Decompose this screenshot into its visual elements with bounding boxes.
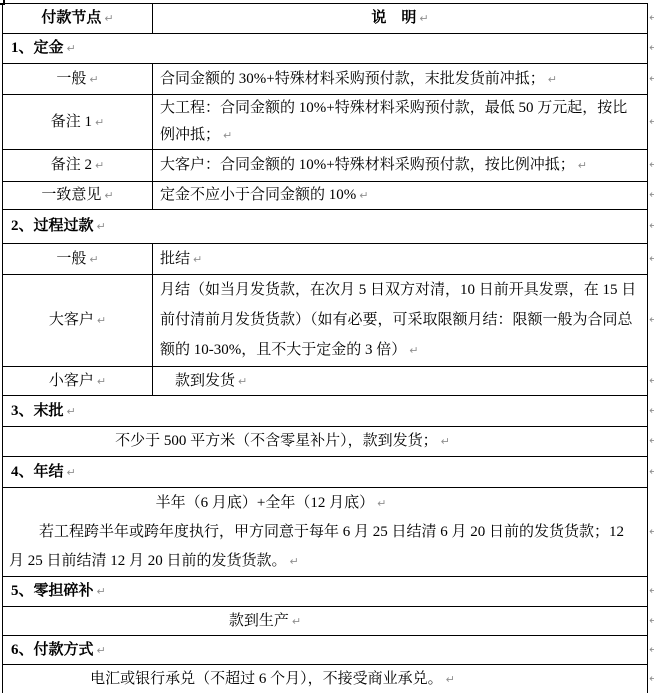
- row-ltl-patch-desc: 款到生产↵: [3, 607, 648, 636]
- paragraph-mark: ↵: [223, 122, 232, 149]
- year-end-paragraph: 若工程跨半年或跨年度执行，甲方同意于每年 6 月 25 日结清 6 月 20 日…: [3, 518, 647, 576]
- paragraph-mark: ↵: [89, 253, 98, 268]
- row-end-mark: ↵: [649, 221, 654, 231]
- row-process-small-customer: 小客户↵ 款到发货↵: [3, 367, 648, 396]
- label-text: 大客户: [49, 312, 94, 328]
- paragraph-mark: ↵: [95, 159, 104, 174]
- paragraph-mark: ↵: [97, 644, 106, 659]
- row-end-mark: ↵: [649, 117, 654, 127]
- row-deposit-consensus: 一致意见↵ 定金不应小于合同金额的 10%↵: [3, 182, 648, 210]
- desc-text: 半年（6 月底）+全年（12 月底）: [156, 495, 374, 511]
- row-end-mark: ↵: [649, 74, 654, 84]
- row-process-big-customer: 大客户↵ 月结（如当月发货款，在次月 5 日双方对清，10 日前开具发票，在 1…: [3, 275, 648, 367]
- row-end-mark: ↵: [649, 406, 654, 416]
- paragraph-mark: ↵: [104, 189, 113, 204]
- label-text: 备注 1: [51, 114, 92, 130]
- desc-text: 合同金额的 30%+特殊材料采购预付款，末批发货前冲抵；: [160, 71, 545, 87]
- cell-label: 一致意见↵: [3, 182, 153, 210]
- paragraph-mark: ↵: [97, 220, 106, 235]
- paragraph-mark: ↵: [67, 42, 76, 57]
- label-text: 一般: [56, 251, 86, 267]
- desc-text: 不少于 500 平方米（不含零星补片），款到发货；: [115, 433, 438, 449]
- cell-label: 备注 1↵: [3, 95, 153, 150]
- paragraph-mark: ↵: [89, 73, 98, 88]
- section-row-last-batch: 3、末批↵: [3, 396, 648, 427]
- row-deposit-note1: 备注 1↵ 大工程：合同金额的 10%+特殊材料采购预付款，最低 50 万元起，…: [3, 95, 648, 150]
- paragraph-mark: ↵: [377, 489, 386, 519]
- paragraph-mark: ↵: [446, 673, 455, 688]
- row-end-mark: ↵: [649, 43, 654, 53]
- paragraph-mark: ↵: [97, 314, 106, 329]
- paragraph-mark: ↵: [104, 12, 113, 27]
- section-title-year-end: 4、年结↵: [3, 457, 648, 488]
- row-end-mark: ↵: [649, 527, 654, 537]
- cell-desc: 大工程：合同金额的 10%+特殊材料采购预付款，最低 50 万元起，按比例冲抵；…: [153, 95, 648, 150]
- label-text: 小客户: [49, 373, 94, 389]
- desc-text: 电汇或银行承兑（不超过 6 个月），不接受商业承兑。: [90, 671, 443, 687]
- section-title-last-batch: 3、末批↵: [3, 396, 648, 427]
- paragraph-mark: ↵: [193, 253, 202, 268]
- paragraph-mark: ↵: [359, 189, 368, 204]
- section-title-text: 2、过程过款: [11, 218, 94, 234]
- cell-desc: 批结↵: [153, 244, 648, 275]
- section-title-text: 4、年结: [11, 464, 64, 480]
- section-title-process-payment: 2、过程过款↵: [3, 210, 648, 244]
- row-end-mark: ↵: [649, 160, 654, 170]
- section-row-payment-method: 6、付款方式↵: [3, 636, 648, 665]
- row-end-mark: ↵: [649, 674, 654, 684]
- cell-label: 一般↵: [3, 64, 153, 95]
- section-title-text: 5、零担碎补: [11, 583, 94, 599]
- header-payment-node: 付款节点↵: [3, 4, 153, 34]
- year-end-summary-line: 半年（6 月底）+全年（12 月底）↵: [3, 488, 647, 518]
- paragraph-mark: ↵: [441, 435, 450, 450]
- section-row-deposit: 1、定金↵: [3, 34, 648, 64]
- row-last-batch-desc: 不少于 500 平方米（不含零星补片），款到发货；↵: [3, 427, 648, 457]
- paragraph-mark: ↵: [419, 12, 428, 27]
- table-header-row: 付款节点↵ 说 明↵: [3, 4, 648, 34]
- cell-year-end: 半年（6 月底）+全年（12 月底）↵ 若工程跨半年或跨年度执行，甲方同意于每年…: [3, 488, 648, 577]
- section-row-process-payment: 2、过程过款↵: [3, 210, 648, 244]
- header-description: 说 明↵: [153, 4, 648, 34]
- paragraph-mark: ↵: [292, 615, 301, 630]
- cell-desc: 款到发货↵: [153, 367, 648, 396]
- paragraph-mark: ↵: [97, 375, 106, 390]
- section-title-text: 3、末批: [11, 403, 64, 419]
- row-end-mark: ↵: [649, 376, 654, 386]
- section-row-ltl-patch: 5、零担碎补↵: [3, 577, 648, 607]
- desc-text: 款到生产: [229, 613, 289, 629]
- cell-label: 一般↵: [3, 244, 153, 275]
- row-year-end-desc: 半年（6 月底）+全年（12 月底）↵ 若工程跨半年或跨年度执行，甲方同意于每年…: [3, 488, 648, 577]
- row-process-general: 一般↵ 批结↵: [3, 244, 648, 275]
- desc-text: 款到发货: [175, 373, 235, 389]
- paragraph-mark: ↵: [409, 336, 418, 366]
- cell-desc-centered: 电汇或银行承兑（不超过 6 个月），不接受商业承兑。↵: [3, 665, 648, 693]
- row-end-mark: ↵: [649, 467, 654, 477]
- cell-desc: 月结（如当月发货款，在次月 5 日双方对清，10 日前开具发票，在 15 日前付…: [153, 275, 648, 367]
- section-title-text: 6、付款方式: [11, 642, 94, 658]
- paragraph-mark: ↵: [67, 466, 76, 481]
- paragraph-mark: ↵: [67, 405, 76, 420]
- paragraph-mark: ↵: [238, 375, 247, 390]
- desc-text: 若工程跨半年或跨年度执行，甲方同意于每年 6 月 25 日结清 6 月 20 日…: [9, 524, 624, 569]
- label-text: 一般: [56, 71, 86, 87]
- row-deposit-note2: 备注 2↵ 大客户：合同金额的 10%+特殊材料采购预付款，按比例冲抵；↵: [3, 150, 648, 182]
- row-end-mark: ↵: [649, 254, 654, 264]
- cell-desc: 大客户：合同金额的 10%+特殊材料采购预付款，按比例冲抵；↵: [153, 150, 648, 182]
- cell-label: 备注 2↵: [3, 150, 153, 182]
- paragraph-mark: ↵: [290, 547, 299, 576]
- section-title-payment-method: 6、付款方式↵: [3, 636, 648, 665]
- header-description-label: 说 明: [371, 10, 416, 26]
- document-page: 付款节点↵ 说 明↵ 1、定金↵ 一般↵ 合同金额的 30%+特殊材料采购预付款…: [0, 0, 654, 693]
- row-deposit-general: 一般↵ 合同金额的 30%+特殊材料采购预付款，末批发货前冲抵；↵: [3, 64, 648, 95]
- cell-label: 大客户↵: [3, 275, 153, 367]
- desc-text: 月结（如当月发货款，在次月 5 日双方对清，10 日前开具发票，在 15 日前付…: [160, 282, 636, 358]
- paragraph-mark: ↵: [548, 73, 557, 88]
- cell-desc-centered: 款到生产↵: [3, 607, 648, 636]
- payment-terms-table: 付款节点↵ 说 明↵ 1、定金↵ 一般↵ 合同金额的 30%+特殊材料采购预付款…: [2, 3, 648, 693]
- desc-text: 批结: [160, 251, 190, 267]
- paragraph-mark: ↵: [578, 159, 587, 174]
- cell-label: 小客户↵: [3, 367, 153, 396]
- row-end-mark: ↵: [649, 190, 654, 200]
- paragraph-mark: ↵: [97, 585, 106, 600]
- row-end-mark: ↵: [649, 436, 654, 446]
- cell-desc: 合同金额的 30%+特殊材料采购预付款，末批发货前冲抵；↵: [153, 64, 648, 95]
- row-end-mark: ↵: [649, 645, 654, 655]
- cell-desc-centered: 不少于 500 平方米（不含零星补片），款到发货；↵: [3, 427, 648, 457]
- section-title-deposit: 1、定金↵: [3, 34, 648, 64]
- row-end-mark: ↵: [649, 616, 654, 626]
- section-title-text: 1、定金: [11, 40, 64, 56]
- section-title-ltl-patch: 5、零担碎补↵: [3, 577, 648, 607]
- row-end-mark: ↵: [649, 315, 654, 325]
- label-text: 一致意见: [41, 187, 101, 203]
- desc-text: 大客户：合同金额的 10%+特殊材料采购预付款，按比例冲抵；: [160, 157, 575, 173]
- row-end-mark: ↵: [649, 13, 654, 23]
- cell-desc: 定金不应小于合同金额的 10%↵: [153, 182, 648, 210]
- label-text: 备注 2: [51, 157, 92, 173]
- row-end-mark: ↵: [649, 586, 654, 596]
- header-payment-node-label: 付款节点: [41, 10, 101, 26]
- section-row-year-end: 4、年结↵: [3, 457, 648, 488]
- desc-text: 定金不应小于合同金额的 10%: [160, 187, 356, 203]
- paragraph-mark: ↵: [95, 116, 104, 131]
- row-payment-method-desc: 电汇或银行承兑（不超过 6 个月），不接受商业承兑。↵: [3, 665, 648, 693]
